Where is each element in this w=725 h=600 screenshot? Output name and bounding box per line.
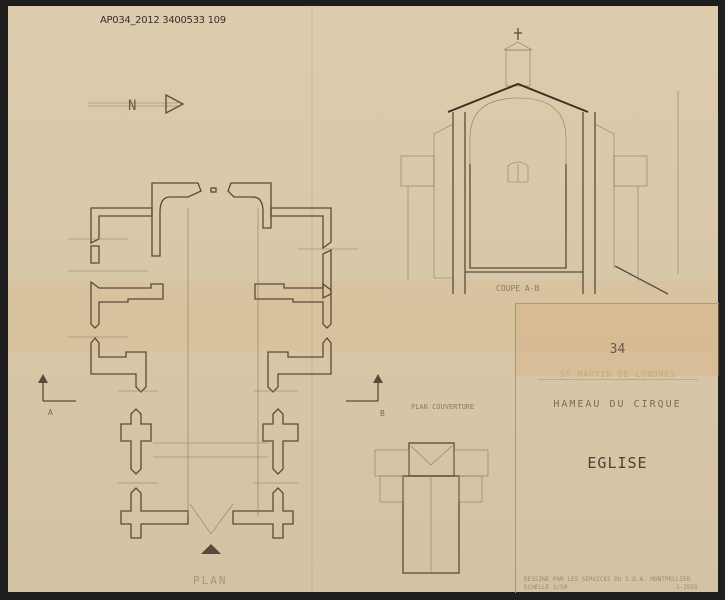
scale-note: ECHELLE 1/50 [524,584,567,591]
entrance-marker-icon [201,544,221,554]
hamlet-name: HAMEAU DU CIRQUE [516,399,719,410]
roof-plan-title: PLAN COUVERTURE [411,403,474,411]
commune-name: ST MARTIN DE LONDRES [538,370,698,380]
drawn-by-note: DESSINE PAR LES SERVICES DU S.D.A. MONTP… [524,576,690,583]
drawing-sheet: AP034_2012 3400533 109 [8,6,718,592]
section-marker-a-label: A [48,408,53,417]
plan-title: PLAN [193,574,228,587]
section-marker-b-icon [346,374,383,401]
date-note: 1-1955 [676,584,698,591]
cross-section-elevation [401,28,678,294]
roof-plan [375,443,488,573]
floor-plan [91,183,331,538]
north-label: N [128,98,136,114]
building-name: EGLISE [516,454,719,472]
dimension-lines [68,208,358,534]
title-block: 34 ST MARTIN DE LONDRES HAMEAU DU CIRQUE… [515,303,719,593]
title-block-stain [516,304,719,376]
section-marker-b-label: B [380,409,385,418]
department-number: 34 [516,342,719,357]
section-title: COUPE A-B [496,284,539,293]
section-marker-a-icon [38,374,76,401]
